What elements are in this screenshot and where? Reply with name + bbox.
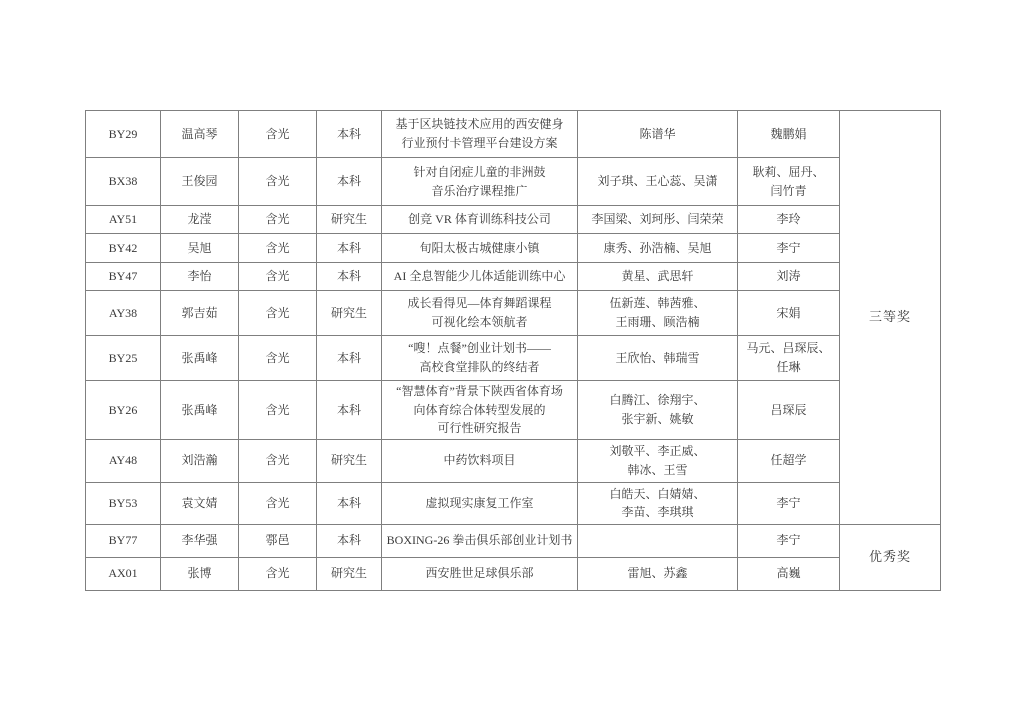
cell-advisor: 李宁 — [738, 524, 840, 557]
cell-degree: 本科 — [317, 524, 382, 557]
cell-name: 张博 — [161, 557, 239, 590]
cell-campus: 含光 — [239, 263, 317, 291]
cell-project: 成长看得见—体育舞蹈课程 可视化绘本领航者 — [382, 291, 578, 336]
cell-campus: 含光 — [239, 206, 317, 234]
cell-project: 虚拟现实康复工作室 — [382, 482, 578, 524]
table-row: BY25 张禹峰 含光 本科 “嗖！点餐”创业计划书—— 高校食堂排队的终结者 … — [86, 336, 941, 381]
cell-name: 张禹峰 — [161, 381, 239, 440]
cell-advisor: 魏鹏娟 — [738, 111, 840, 158]
cell-degree: 本科 — [317, 381, 382, 440]
cell-campus: 含光 — [239, 158, 317, 206]
table-row: BY29 温高琴 含光 本科 基于区块链技术应用的西安健身 行业预付卡管理平台建… — [86, 111, 941, 158]
cell-code: AY38 — [86, 291, 161, 336]
cell-advisor: 刘涛 — [738, 263, 840, 291]
cell-name: 李华强 — [161, 524, 239, 557]
cell-code: AY51 — [86, 206, 161, 234]
cell-degree: 研究生 — [317, 557, 382, 590]
table-row: BY77 李华强 鄠邑 本科 BOXING-26 拳击俱乐部创业计划书 李宁 优… — [86, 524, 941, 557]
cell-members: 伍新莲、韩茜雅、 王雨珊、顾浩楠 — [578, 291, 738, 336]
cell-award-excellence-prize: 优秀奖 — [840, 524, 941, 590]
cell-project: 中药饮料项目 — [382, 439, 578, 482]
cell-advisor: 任超学 — [738, 439, 840, 482]
award-results-table: BY29 温高琴 含光 本科 基于区块链技术应用的西安健身 行业预付卡管理平台建… — [85, 110, 941, 591]
cell-campus: 鄠邑 — [239, 524, 317, 557]
table-row: BX38 王俊园 含光 本科 针对自闭症儿童的非洲鼓 音乐治疗课程推广 刘子琪、… — [86, 158, 941, 206]
cell-project: 西安胜世足球俱乐部 — [382, 557, 578, 590]
cell-members: 李国梁、刘珂彤、闫荣荣 — [578, 206, 738, 234]
cell-advisor: 李玲 — [738, 206, 840, 234]
cell-advisor: 耿莉、屈丹、 闫竹青 — [738, 158, 840, 206]
cell-code: BY77 — [86, 524, 161, 557]
cell-project: BOXING-26 拳击俱乐部创业计划书 — [382, 524, 578, 557]
cell-code: BY53 — [86, 482, 161, 524]
cell-members: 王欣怡、韩瑞雪 — [578, 336, 738, 381]
cell-members: 刘子琪、王心蕊、吴潇 — [578, 158, 738, 206]
cell-name: 龙滢 — [161, 206, 239, 234]
cell-project: 旬阳太极古城健康小镇 — [382, 234, 578, 263]
cell-name: 吴旭 — [161, 234, 239, 263]
cell-project: 针对自闭症儿童的非洲鼓 音乐治疗课程推广 — [382, 158, 578, 206]
cell-code: BY42 — [86, 234, 161, 263]
cell-degree: 研究生 — [317, 206, 382, 234]
cell-advisor: 宋娟 — [738, 291, 840, 336]
cell-project: 基于区块链技术应用的西安健身 行业预付卡管理平台建设方案 — [382, 111, 578, 158]
cell-campus: 含光 — [239, 482, 317, 524]
cell-campus: 含光 — [239, 291, 317, 336]
table-row: AY38 郭吉茹 含光 研究生 成长看得见—体育舞蹈课程 可视化绘本领航者 伍新… — [86, 291, 941, 336]
cell-advisor: 李宁 — [738, 482, 840, 524]
cell-degree: 本科 — [317, 158, 382, 206]
cell-name: 温高琴 — [161, 111, 239, 158]
cell-advisor: 吕琛辰 — [738, 381, 840, 440]
table-row: BY53 袁文婧 含光 本科 虚拟现实康复工作室 白皓天、白婧婧、 李苗、李琪琪… — [86, 482, 941, 524]
cell-code: BY26 — [86, 381, 161, 440]
cell-degree: 本科 — [317, 111, 382, 158]
cell-degree: 本科 — [317, 336, 382, 381]
table-row: BY42 吴旭 含光 本科 旬阳太极古城健康小镇 康秀、孙浩楠、吴旭 李宁 — [86, 234, 941, 263]
cell-award-third-prize: 三等奖 — [840, 111, 941, 525]
cell-code: BY25 — [86, 336, 161, 381]
cell-degree: 本科 — [317, 482, 382, 524]
table-row: BY47 李怡 含光 本科 AI 全息智能少儿体适能训练中心 黄星、武思轩 刘涛 — [86, 263, 941, 291]
cell-advisor: 李宁 — [738, 234, 840, 263]
table-row: AY51 龙滢 含光 研究生 创竞 VR 体育训练科技公司 李国梁、刘珂彤、闫荣… — [86, 206, 941, 234]
cell-members: 雷旭、苏鑫 — [578, 557, 738, 590]
cell-project: 创竞 VR 体育训练科技公司 — [382, 206, 578, 234]
cell-campus: 含光 — [239, 336, 317, 381]
cell-members: 刘敬平、李正威、 韩冰、王雪 — [578, 439, 738, 482]
cell-name: 张禹峰 — [161, 336, 239, 381]
table-row: AY48 刘浩瀚 含光 研究生 中药饮料项目 刘敬平、李正威、 韩冰、王雪 任超… — [86, 439, 941, 482]
cell-members: 黄星、武思轩 — [578, 263, 738, 291]
cell-campus: 含光 — [239, 439, 317, 482]
cell-campus: 含光 — [239, 381, 317, 440]
cell-campus: 含光 — [239, 234, 317, 263]
cell-code: AY48 — [86, 439, 161, 482]
table-row: AX01 张博 含光 研究生 西安胜世足球俱乐部 雷旭、苏鑫 高巍 — [86, 557, 941, 590]
cell-advisor: 马元、吕琛辰、 任琳 — [738, 336, 840, 381]
cell-code: BY29 — [86, 111, 161, 158]
cell-project: “智慧体育”背景下陕西省体育场 向体育综合体转型发展的 可行性研究报告 — [382, 381, 578, 440]
cell-code: BY47 — [86, 263, 161, 291]
cell-degree: 研究生 — [317, 439, 382, 482]
cell-code: AX01 — [86, 557, 161, 590]
cell-degree: 研究生 — [317, 291, 382, 336]
cell-code: BX38 — [86, 158, 161, 206]
cell-members: 陈谱华 — [578, 111, 738, 158]
cell-members: 康秀、孙浩楠、吴旭 — [578, 234, 738, 263]
cell-members — [578, 524, 738, 557]
table-row: BY26 张禹峰 含光 本科 “智慧体育”背景下陕西省体育场 向体育综合体转型发… — [86, 381, 941, 440]
cell-name: 王俊园 — [161, 158, 239, 206]
cell-campus: 含光 — [239, 557, 317, 590]
cell-campus: 含光 — [239, 111, 317, 158]
cell-degree: 本科 — [317, 263, 382, 291]
cell-project: AI 全息智能少儿体适能训练中心 — [382, 263, 578, 291]
cell-name: 袁文婧 — [161, 482, 239, 524]
cell-degree: 本科 — [317, 234, 382, 263]
cell-name: 李怡 — [161, 263, 239, 291]
cell-project: “嗖！点餐”创业计划书—— 高校食堂排队的终结者 — [382, 336, 578, 381]
cell-advisor: 高巍 — [738, 557, 840, 590]
cell-members: 白腾江、徐翔宇、 张宇新、姚敏 — [578, 381, 738, 440]
cell-members: 白皓天、白婧婧、 李苗、李琪琪 — [578, 482, 738, 524]
cell-name: 刘浩瀚 — [161, 439, 239, 482]
cell-name: 郭吉茹 — [161, 291, 239, 336]
